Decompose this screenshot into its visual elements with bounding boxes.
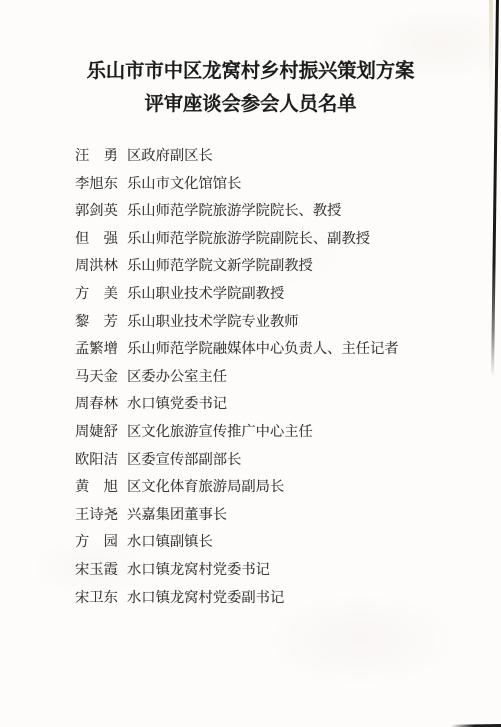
attendee-row: 周婕舒区文化旅游宣传推广中心主任 <box>75 419 399 447</box>
attendee-title: 乐山职业技术学院副教授 <box>127 286 284 302</box>
attendee-name: 黎 芳 <box>75 309 118 337</box>
attendee-title: 区政府副区长 <box>127 148 213 164</box>
attendee-row: 孟繁增乐山师范学院融媒体中心负责人、主任记者 <box>75 336 399 364</box>
attendee-row: 周春林水口镇党委书记 <box>75 391 399 419</box>
attendee-name: 方 美 <box>75 281 118 309</box>
attendee-title: 区文化旅游宣传推广中心主任 <box>127 424 313 440</box>
attendee-title: 区文化体育旅游局副局长 <box>127 479 284 495</box>
attendee-row: 李旭东乐山市文化馆馆长 <box>75 171 399 199</box>
attendee-title: 水口镇龙窝村党委副书记 <box>127 590 284 606</box>
attendee-title: 区委办公室主任 <box>127 369 227 385</box>
document-title: 乐山市市中区龙窝村乡村振兴策划方案 评审座谈会参会人员名单 <box>0 55 501 121</box>
attendee-row: 王诗尧兴嘉集团董事长 <box>75 502 399 530</box>
attendee-name: 王诗尧 <box>75 502 118 530</box>
attendee-row: 马天金区委办公室主任 <box>75 364 399 392</box>
attendee-title: 兴嘉集团董事长 <box>127 507 227 523</box>
document-title-line2: 评审座谈会参会人员名单 <box>0 88 501 121</box>
attendee-title: 乐山职业技术学院专业教师 <box>127 314 299 330</box>
attendee-row: 宋卫东水口镇龙窝村党委副书记 <box>75 585 399 613</box>
attendee-name: 郭剑英 <box>75 198 118 226</box>
attendee-row: 宋玉霞水口镇龙窝村党委书记 <box>75 557 399 585</box>
attendee-row: 汪 勇区政府副区长 <box>75 143 399 171</box>
attendee-title: 水口镇副镇长 <box>127 534 213 550</box>
attendee-row: 但 强乐山师范学院旅游学院副院长、副教授 <box>75 226 399 254</box>
attendee-name: 周婕舒 <box>75 419 118 447</box>
attendee-name: 黄 旭 <box>75 474 118 502</box>
scan-artifact-right-speckle <box>489 0 493 110</box>
attendee-list: 汪 勇区政府副区长李旭东乐山市文化馆馆长郭剑英乐山师范学院旅游学院院长、教授但 … <box>75 143 399 612</box>
attendee-row: 周洪林乐山师范学院文新学院副教授 <box>75 253 399 281</box>
attendee-title: 乐山师范学院融媒体中心负责人、主任记者 <box>127 341 399 357</box>
attendee-row: 方 美乐山职业技术学院副教授 <box>75 281 399 309</box>
attendee-name: 宋玉霞 <box>75 557 118 585</box>
attendee-name: 周洪林 <box>75 253 118 281</box>
attendee-row: 黎 芳乐山职业技术学院专业教师 <box>75 309 399 337</box>
attendee-name: 汪 勇 <box>75 143 118 171</box>
attendee-name: 但 强 <box>75 226 118 254</box>
attendee-row: 黄 旭区文化体育旅游局副局长 <box>75 474 399 502</box>
attendee-row: 欧阳洁区委宣传部副部长 <box>75 447 399 475</box>
attendee-title: 区委宣传部副部长 <box>127 452 241 468</box>
attendee-name: 欧阳洁 <box>75 447 118 475</box>
attendee-name: 方 园 <box>75 529 118 557</box>
attendee-name: 孟繁增 <box>75 336 118 364</box>
scanned-document-page: 乐山市市中区龙窝村乡村振兴策划方案 评审座谈会参会人员名单 汪 勇区政府副区长李… <box>0 0 501 727</box>
attendee-title: 乐山师范学院旅游学院副院长、副教授 <box>127 231 370 247</box>
attendee-name: 李旭东 <box>75 171 118 199</box>
attendee-title: 乐山师范学院旅游学院院长、教授 <box>127 203 341 219</box>
attendee-title: 乐山市文化馆馆长 <box>127 176 241 192</box>
attendee-title: 乐山师范学院文新学院副教授 <box>127 258 313 274</box>
attendee-title: 水口镇党委书记 <box>127 396 227 412</box>
document-title-line1: 乐山市市中区龙窝村乡村振兴策划方案 <box>0 55 501 88</box>
attendee-row: 郭剑英乐山师范学院旅游学院院长、教授 <box>75 198 399 226</box>
attendee-row: 方 园水口镇副镇长 <box>75 529 399 557</box>
attendee-name: 宋卫东 <box>75 585 118 613</box>
attendee-name: 马天金 <box>75 364 118 392</box>
attendee-title: 水口镇龙窝村党委书记 <box>127 562 270 578</box>
attendee-name: 周春林 <box>75 391 118 419</box>
